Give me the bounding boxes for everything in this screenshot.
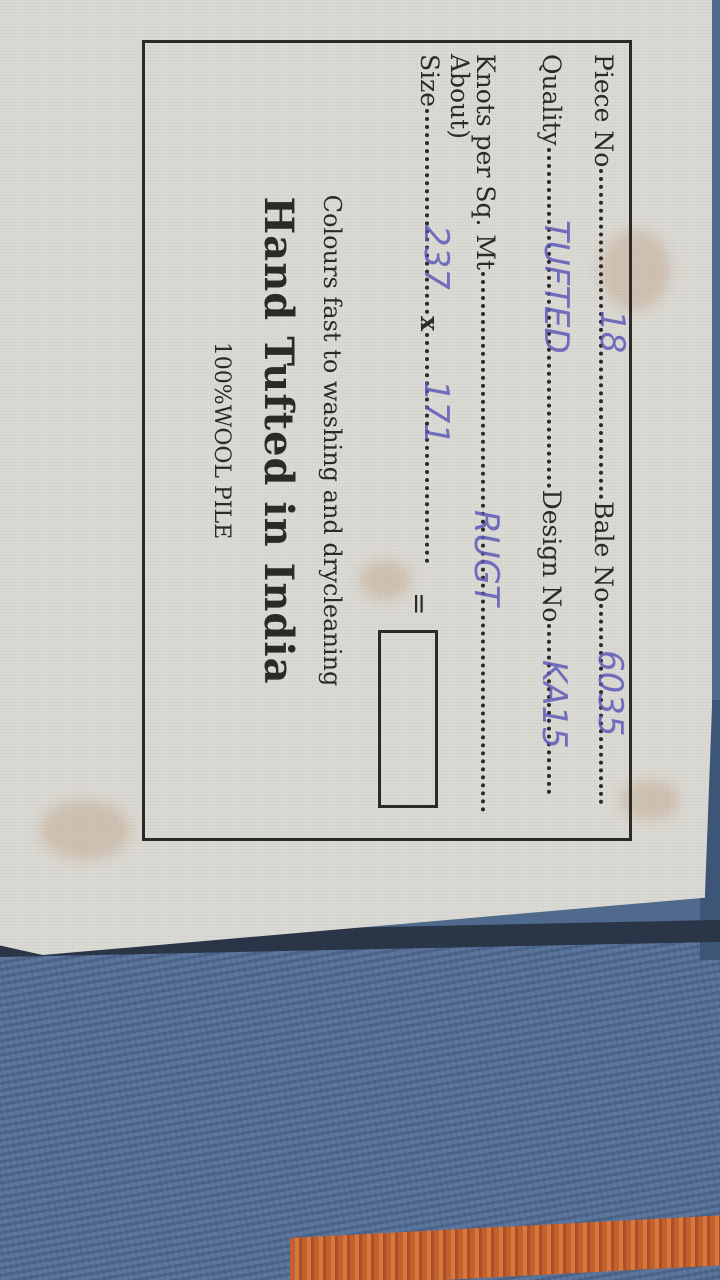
about-label: About): [445, 54, 474, 139]
knots-value: RUGT: [466, 510, 506, 606]
knots-label: Knots per Sq. Mt: [471, 54, 500, 270]
bale-no-label: Bale No: [589, 501, 618, 602]
design-no-value: KA15: [534, 660, 574, 749]
material-text: 100%WOOL PILE: [209, 40, 234, 841]
size-row: Size x: [415, 54, 444, 565]
quality-value: TUFTED: [536, 220, 576, 354]
stain: [40, 800, 130, 860]
size-equals: =: [403, 592, 436, 615]
design-no-label: Design No: [537, 490, 566, 623]
size-times: x: [415, 316, 444, 331]
about-row: About): [445, 54, 474, 139]
size-width-value: 237: [416, 225, 456, 290]
knots-row: Knots per Sq. Mt: [471, 54, 500, 814]
quality-label: Quality: [537, 54, 566, 146]
label-heading: Hand Tufted in India: [255, 40, 302, 841]
size-length-value: 171: [416, 380, 456, 445]
piece-no-label: Piece No: [589, 54, 618, 167]
piece-no-value: 18: [592, 310, 632, 353]
size-label: Size: [415, 54, 444, 107]
size-area-box: [378, 630, 438, 808]
label-frame: Piece No Bale No 18 6035 Quality Design …: [122, 40, 632, 845]
bale-no-value: 6035: [590, 650, 630, 737]
colours-note: Colours fast to washing and drycleaning: [318, 40, 346, 841]
